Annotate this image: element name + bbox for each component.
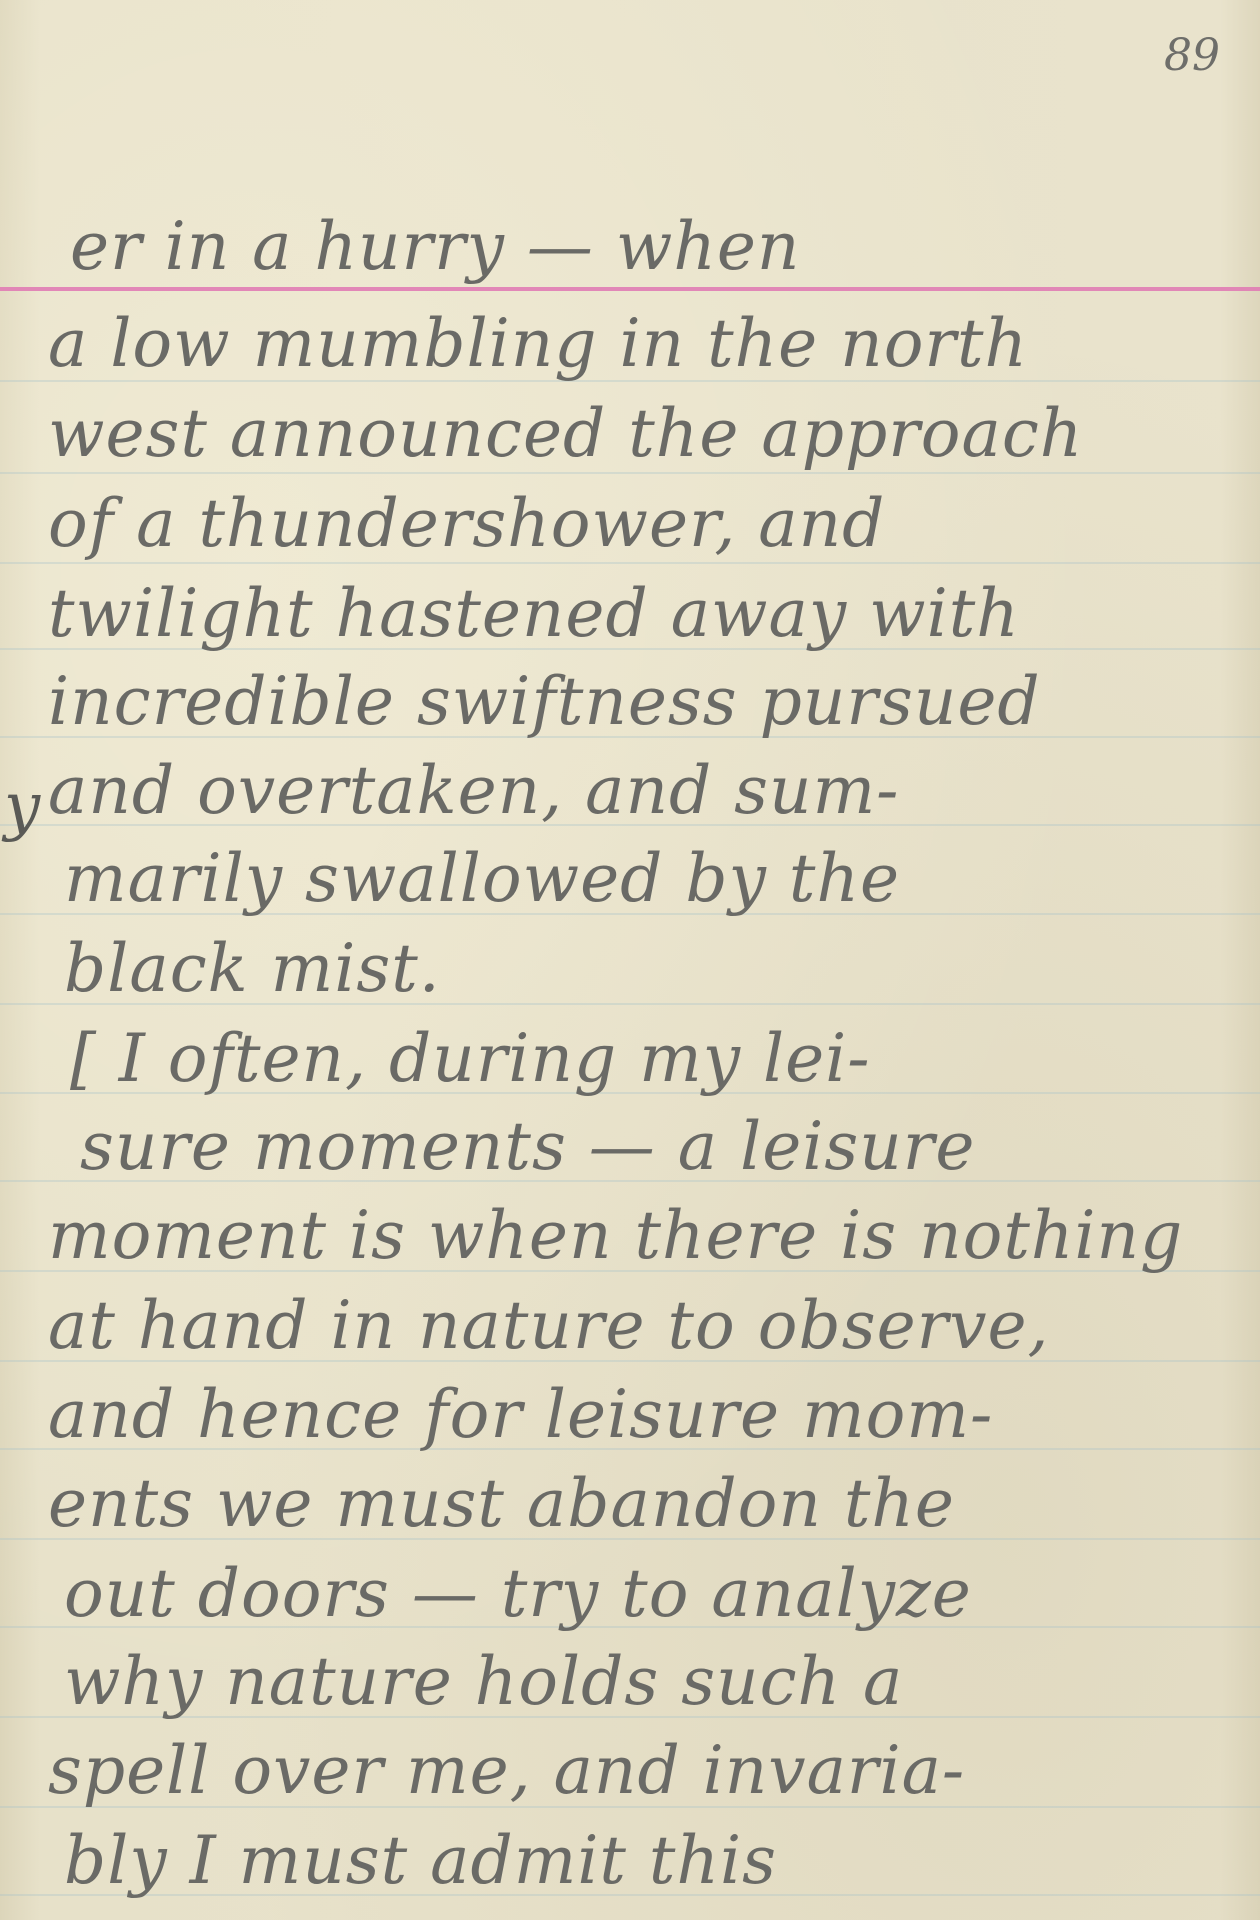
ruled-line: [0, 472, 1260, 474]
text-line: at hand in nature to observe,: [48, 1287, 1050, 1364]
page-number: 89: [1164, 30, 1220, 81]
margin-mark: y: [4, 770, 40, 844]
text-line: and overtaken, and sum-: [48, 752, 899, 829]
ruled-line: [0, 562, 1260, 564]
pink-margin-line: [0, 287, 1260, 291]
notebook-page: 89 y er in a hurry — when a low mumbling…: [0, 0, 1260, 1920]
text-line: of a thundershower, and: [48, 485, 885, 562]
text-line: sure moments — a leisure: [80, 1108, 975, 1185]
text-line: out doors — try to analyze: [64, 1555, 972, 1632]
text-line: why nature holds such a: [64, 1643, 903, 1720]
text-line: a low mumbling in the north: [48, 305, 1028, 382]
text-line: and hence for leisure mom-: [48, 1376, 993, 1453]
text-line: spell over me, and invaria-: [48, 1732, 965, 1809]
text-line: bly I must admit this: [64, 1822, 777, 1899]
text-line: moment is when there is nothing: [48, 1197, 1183, 1274]
text-line: [ I often, during my lei-: [70, 1020, 871, 1097]
text-line: black mist.: [64, 930, 441, 1007]
text-line: incredible swiftness pursued: [48, 663, 1041, 740]
text-line: ents we must abandon the: [48, 1465, 955, 1542]
text-line: twilight hastened away with: [48, 575, 1020, 652]
text-line: west announced the approach: [48, 395, 1083, 472]
text-line: marily swallowed by the: [64, 840, 900, 917]
text-line: er in a hurry — when: [70, 208, 800, 285]
